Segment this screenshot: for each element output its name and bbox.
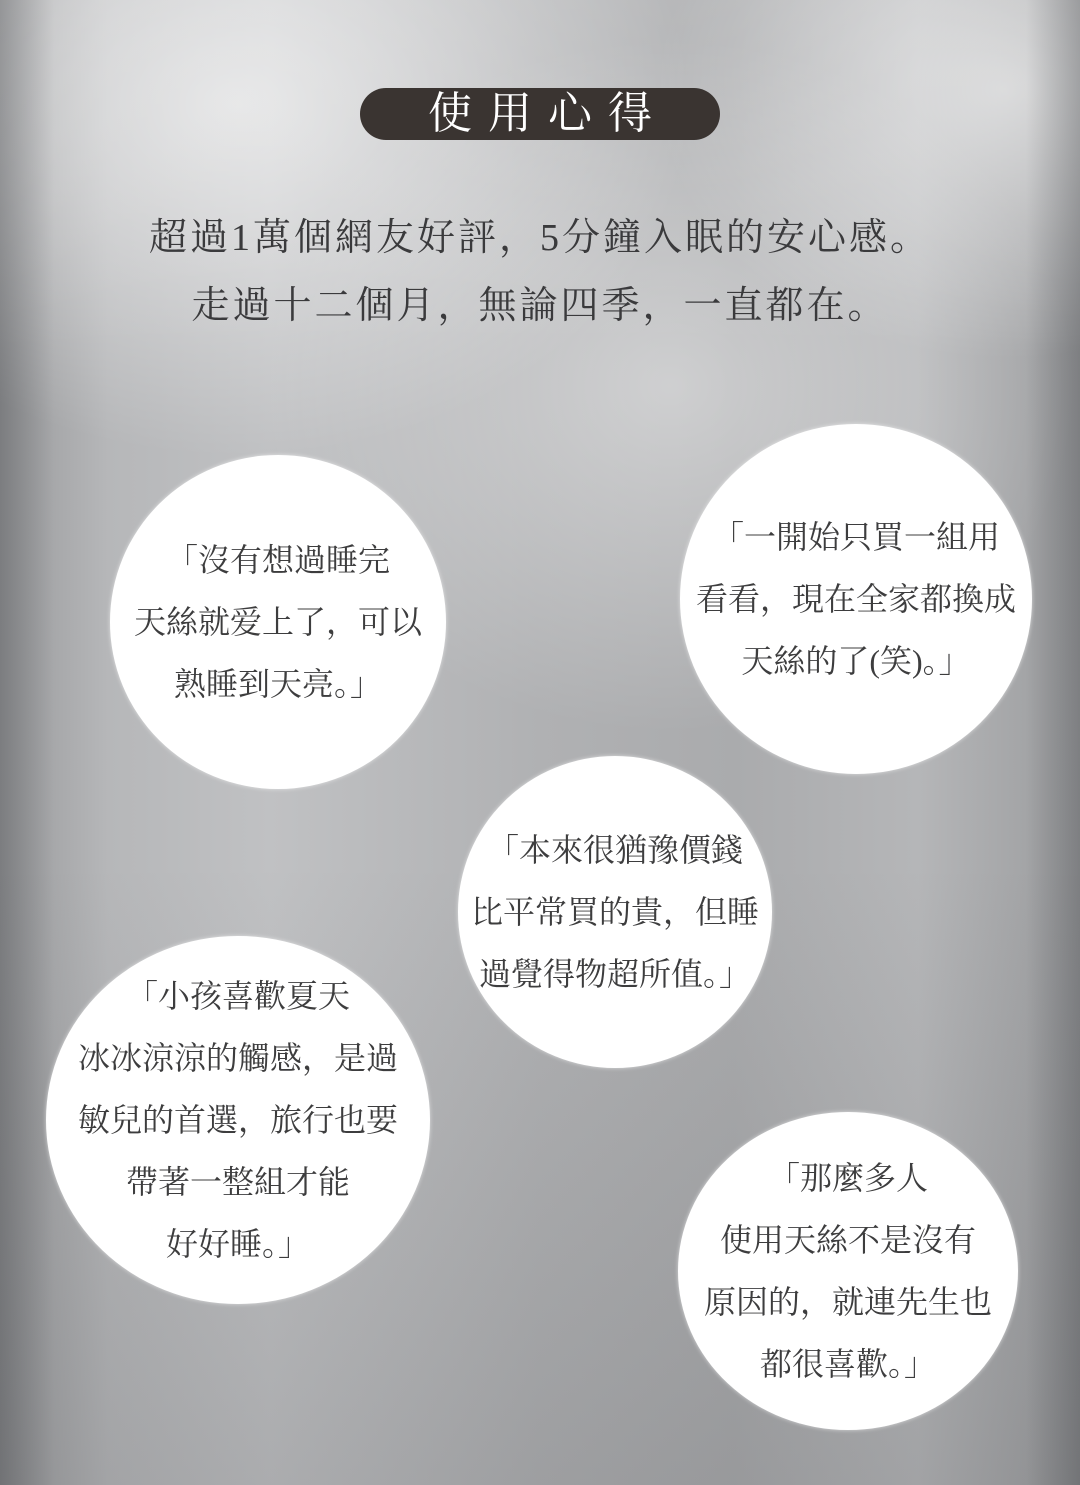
testimonial-bubble-4: 「小孩喜歡夏天 冰冰涼涼的觸感，是過 敏兒的首選，旅行也要 帶著一整組才能 好好… (46, 936, 430, 1304)
quote-line: 帶著一整組才能 (78, 1151, 398, 1213)
quote-line: 熟睡到天亮。」 (134, 653, 422, 715)
testimonial-quote-5: 「那麼多人 使用天絲不是沒有 原因的，就連先生也 都很喜歡。」 (704, 1147, 992, 1395)
quote-line: 「本來很猶豫價錢 (471, 819, 759, 881)
title-badge-label: 使用心得 (428, 92, 668, 136)
testimonial-bubble-2: 「一開始只買一組用 看看，現在全家都換成 天絲的了(笑)。」 (680, 424, 1032, 774)
quote-line: 冰冰涼涼的觸感，是過 (78, 1027, 398, 1089)
quote-line: 敏兒的首選，旅行也要 (78, 1089, 398, 1151)
intro-text: 超過1萬個網友好評，5分鐘入眠的安心感。 走過十二個月，無論四季，一直都在。 (0, 204, 1080, 340)
testimonial-quote-2: 「一開始只買一組用 看看，現在全家都換成 天絲的了(笑)。」 (696, 506, 1016, 692)
testimonial-quote-3: 「本來很猶豫價錢 比平常買的貴，但睡 過覺得物超所值。」 (471, 819, 759, 1005)
quote-line: 「那麼多人 (704, 1147, 992, 1209)
quote-line: 使用天絲不是沒有 (704, 1209, 992, 1271)
quote-line: 看看，現在全家都換成 (696, 568, 1016, 630)
quote-line: 「一開始只買一組用 (696, 506, 1016, 568)
quote-line: 天絲就爱上了，可以 (134, 591, 422, 653)
intro-line-2: 走過十二個月，無論四季，一直都在。 (0, 272, 1080, 340)
quote-line: 「沒有想過睡完 (134, 529, 422, 591)
testimonial-bubble-1: 「沒有想過睡完 天絲就爱上了，可以 熟睡到天亮。」 (110, 455, 446, 789)
testimonial-bubble-3: 「本來很猶豫價錢 比平常買的貴，但睡 過覺得物超所值。」 (458, 756, 772, 1068)
testimonial-poster: 使用心得 超過1萬個網友好評，5分鐘入眠的安心感。 走過十二個月，無論四季，一直… (0, 0, 1080, 1485)
testimonial-quote-4: 「小孩喜歡夏天 冰冰涼涼的觸感，是過 敏兒的首選，旅行也要 帶著一整組才能 好好… (78, 965, 398, 1275)
quote-line: 過覺得物超所值。」 (471, 943, 759, 1005)
quote-line: 都很喜歡。」 (704, 1333, 992, 1395)
quote-line: 原因的，就連先生也 (704, 1271, 992, 1333)
testimonial-quote-1: 「沒有想過睡完 天絲就爱上了，可以 熟睡到天亮。」 (134, 529, 422, 715)
testimonial-bubble-5: 「那麼多人 使用天絲不是沒有 原因的，就連先生也 都很喜歡。」 (678, 1112, 1018, 1430)
title-badge: 使用心得 (360, 88, 720, 140)
quote-line: 天絲的了(笑)。」 (696, 630, 1016, 692)
quote-line: 「小孩喜歡夏天 (78, 965, 398, 1027)
intro-line-1: 超過1萬個網友好評，5分鐘入眠的安心感。 (0, 204, 1080, 272)
quote-line: 比平常買的貴，但睡 (471, 881, 759, 943)
quote-line: 好好睡。」 (78, 1213, 398, 1275)
